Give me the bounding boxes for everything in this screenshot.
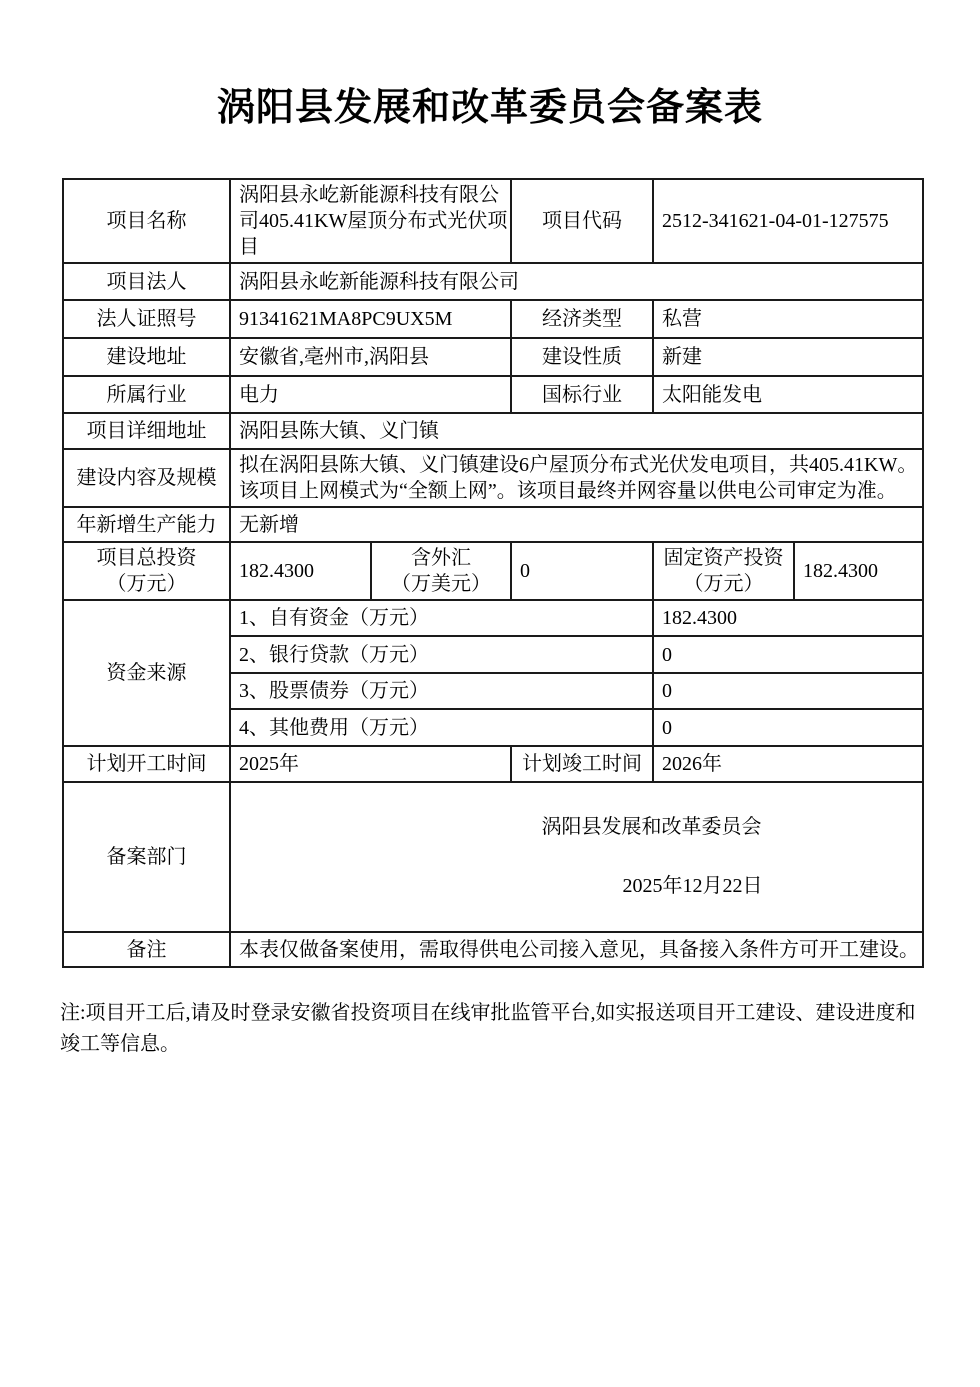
value-start-time: 2025年 xyxy=(230,746,511,782)
value-remark: 本表仅做备案使用，需取得供电公司接入意见，具备接入条件方可开工建设。 xyxy=(230,932,923,967)
value-economy-type: 私营 xyxy=(653,300,923,338)
funding-item-name: 2、银行贷款（万元） xyxy=(230,636,653,673)
row-legal-person: 项目法人 涡阳县永屹新能源科技有限公司 xyxy=(63,263,923,300)
label-content-scale: 建设内容及规模 xyxy=(63,449,230,507)
label-funding-source: 资金来源 xyxy=(63,600,230,746)
label-project-code: 项目代码 xyxy=(511,179,653,263)
funding-item-name: 1、自有资金（万元） xyxy=(230,600,653,636)
label-legal-person: 项目法人 xyxy=(63,263,230,300)
row-content-scale: 建设内容及规模 拟在涡阳县陈大镇、义门镇建设6户屋顶分布式光伏发电项目，共405… xyxy=(63,449,923,507)
label-detail-address: 项目详细地址 xyxy=(63,413,230,449)
value-build-nature: 新建 xyxy=(653,338,923,376)
document-title: 涡阳县发展和改革委员会备案表 xyxy=(0,0,980,131)
label-start-time: 计划开工时间 xyxy=(63,746,230,782)
value-national-industry: 太阳能发电 xyxy=(653,376,923,413)
label-build-address: 建设地址 xyxy=(63,338,230,376)
value-forex: 0 xyxy=(511,542,653,600)
label-finish-time: 计划竣工时间 xyxy=(511,746,653,782)
row-filing-dept: 备案部门 涡阳县发展和改革委员会 2025年12月22日 xyxy=(63,782,923,932)
value-industry: 电力 xyxy=(230,376,511,413)
row-investment: 项目总投资 （万元） 182.4300 含外汇 （万美元） 0 固定资产投资 （… xyxy=(63,542,923,600)
value-license-no: 91341621MA8PC9UX5M xyxy=(230,300,511,338)
label-filing-dept: 备案部门 xyxy=(63,782,230,932)
funding-item-value: 182.4300 xyxy=(653,600,923,636)
value-fixed-assets: 182.4300 xyxy=(794,542,923,600)
label-industry: 所属行业 xyxy=(63,376,230,413)
filing-form-table: 项目名称 涡阳县永屹新能源科技有限公司405.41KW屋顶分布式光伏项目 项目代… xyxy=(62,178,924,968)
value-project-name: 涡阳县永屹新能源科技有限公司405.41KW屋顶分布式光伏项目 xyxy=(230,179,511,263)
value-project-code: 2512-341621-04-01-127575 xyxy=(653,179,923,263)
row-industry: 所属行业 电力 国标行业 太阳能发电 xyxy=(63,376,923,413)
value-legal-person: 涡阳县永屹新能源科技有限公司 xyxy=(230,263,923,300)
funding-item-value: 0 xyxy=(653,636,923,673)
row-remark: 备注 本表仅做备案使用，需取得供电公司接入意见，具备接入条件方可开工建设。 xyxy=(63,932,923,967)
value-finish-time: 2026年 xyxy=(653,746,923,782)
value-content-scale: 拟在涡阳县陈大镇、义门镇建设6户屋顶分布式光伏发电项目，共405.41KW。 该… xyxy=(230,449,923,507)
row-schedule: 计划开工时间 2025年 计划竣工时间 2026年 xyxy=(63,746,923,782)
funding-item-value: 0 xyxy=(653,673,923,709)
label-new-capacity: 年新增生产能力 xyxy=(63,507,230,542)
label-national-industry: 国标行业 xyxy=(511,376,653,413)
row-license-economy: 法人证照号 91341621MA8PC9UX5M 经济类型 私营 xyxy=(63,300,923,338)
value-total-investment: 182.4300 xyxy=(230,542,371,600)
label-total-investment: 项目总投资 （万元） xyxy=(63,542,230,600)
row-detail-address: 项目详细地址 涡阳县陈大镇、义门镇 xyxy=(63,413,923,449)
filing-dept-date: 2025年12月22日 xyxy=(471,870,914,903)
label-economy-type: 经济类型 xyxy=(511,300,653,338)
funding-item-name: 3、股票债券（万元） xyxy=(230,673,653,709)
value-detail-address: 涡阳县陈大镇、义门镇 xyxy=(230,413,923,449)
label-fixed-assets: 固定资产投资 （万元） xyxy=(653,542,794,600)
value-build-address: 安徽省,亳州市,涡阳县 xyxy=(230,338,511,376)
label-license-no: 法人证照号 xyxy=(63,300,230,338)
funding-item-value: 0 xyxy=(653,709,923,746)
funding-item-name: 4、其他费用（万元） xyxy=(230,709,653,746)
footer-note: 注:项目开工后,请及时登录安徽省投资项目在线审批监管平台,如实报送项目开工建设、… xyxy=(60,998,940,1060)
label-remark: 备注 xyxy=(63,932,230,967)
value-filing-dept: 涡阳县发展和改革委员会 2025年12月22日 xyxy=(230,782,923,932)
filing-dept-org: 涡阳县发展和改革委员会 xyxy=(389,811,914,844)
label-forex: 含外汇 （万美元） xyxy=(371,542,511,600)
label-project-name: 项目名称 xyxy=(63,179,230,263)
document-page: 涡阳县发展和改革委员会备案表 项目名称 涡阳县永屹新能源科技有限公司405.41… xyxy=(0,0,980,1387)
row-project-name: 项目名称 涡阳县永屹新能源科技有限公司405.41KW屋顶分布式光伏项目 项目代… xyxy=(63,179,923,263)
row-address-nature: 建设地址 安徽省,亳州市,涡阳县 建设性质 新建 xyxy=(63,338,923,376)
row-new-capacity: 年新增生产能力 无新增 xyxy=(63,507,923,542)
value-new-capacity: 无新增 xyxy=(230,507,923,542)
label-build-nature: 建设性质 xyxy=(511,338,653,376)
funding-item-row: 资金来源 1、自有资金（万元） 182.4300 xyxy=(63,600,923,636)
